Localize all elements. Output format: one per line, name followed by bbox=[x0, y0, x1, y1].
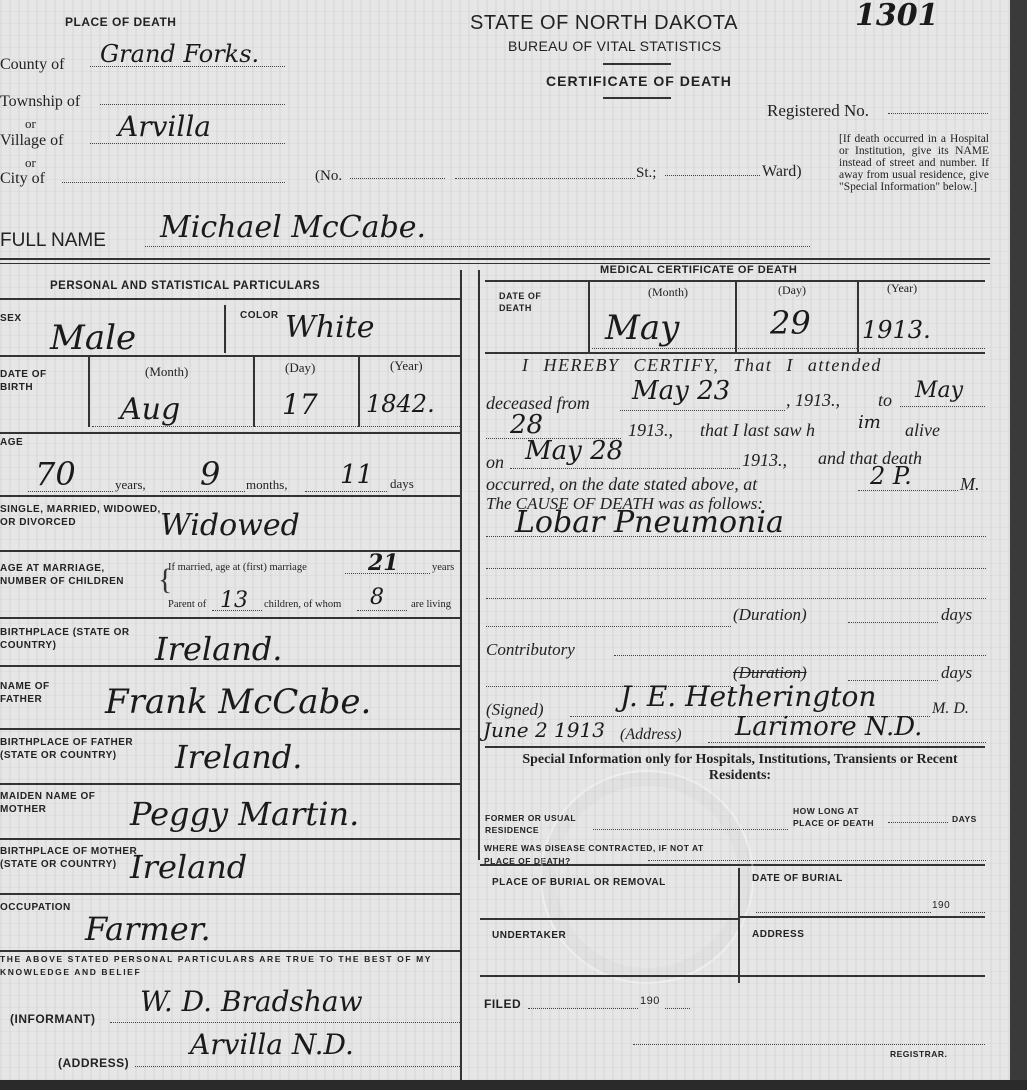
or-label: or bbox=[25, 155, 36, 171]
color-value: White bbox=[285, 310, 375, 345]
dod-day-value: 29 bbox=[770, 304, 811, 342]
informant-label: (Informant) bbox=[10, 1012, 95, 1026]
year-column-label: (Year) bbox=[887, 281, 917, 296]
years-label: years bbox=[432, 562, 454, 573]
marriage-label: AGE AT MARRIAGE, NUMBER OF CHILDREN bbox=[0, 562, 135, 588]
attended-to-month: May bbox=[915, 378, 963, 403]
last-seen-date: May 28 bbox=[525, 436, 623, 466]
occurred-label: occurred, on the date stated above, at bbox=[486, 474, 757, 495]
undertaker-label: UNDERTAKER bbox=[492, 930, 566, 941]
filed-label: FILED bbox=[484, 997, 521, 1011]
md-label: M. D. bbox=[932, 700, 969, 718]
registrar-label: REGISTRAR. bbox=[890, 1049, 947, 1059]
time-of-death: 2 P. bbox=[870, 462, 912, 490]
certify-line: I HEREBY CERTIFY, That I attended bbox=[522, 355, 882, 376]
father-label: NAME OF FATHER bbox=[0, 680, 80, 706]
street-no-label: (No. bbox=[315, 168, 342, 185]
medical-title: MEDICAL CERTIFICATE OF DEATH bbox=[600, 264, 797, 276]
burial-year-prefix: 190 bbox=[932, 900, 950, 911]
sex-value: Male bbox=[50, 318, 136, 358]
signed-label: (Signed) bbox=[486, 700, 544, 720]
age-years-value: 70 bbox=[35, 455, 76, 493]
marriage-age-value: 21 bbox=[368, 550, 399, 576]
certificate-title: CERTIFICATE OF DEATH bbox=[546, 73, 732, 89]
alive-label: alive bbox=[905, 420, 940, 441]
date-signed: June 2 1913 bbox=[483, 718, 605, 742]
month-column-label: (Month) bbox=[648, 285, 688, 300]
mother-birthplace-value: Ireland bbox=[130, 848, 247, 886]
county-label: County of bbox=[0, 56, 64, 74]
pronoun-value: im bbox=[858, 412, 881, 433]
dob-month-value: Aug bbox=[120, 392, 180, 427]
county-value: Grand Forks. bbox=[100, 40, 259, 68]
age-days-value: 11 bbox=[340, 460, 373, 490]
marriage-age-text: If married, age at (first) marriage bbox=[168, 562, 307, 573]
village-value: Arvilla bbox=[118, 110, 211, 143]
years-label: years, bbox=[115, 477, 146, 493]
dob-day-value: 17 bbox=[282, 388, 318, 421]
last-saw-label: that I last saw h bbox=[700, 420, 815, 441]
full-name-label: FULL NAME bbox=[0, 230, 106, 252]
year-on: 1913., bbox=[742, 450, 787, 471]
dob-year-value: 1842. bbox=[366, 390, 435, 418]
contributory-label: Contributory bbox=[486, 640, 575, 660]
physician-signature: J. E. Hetherington bbox=[620, 680, 876, 713]
burial-place-label: PLACE OF BURIAL OR REMOVAL bbox=[492, 877, 666, 888]
age-label: AGE bbox=[0, 437, 23, 448]
full-name-value: Michael McCabe. bbox=[160, 210, 426, 245]
cause-of-death-value: Lobar Pneumonia bbox=[515, 505, 784, 540]
on-label: on bbox=[486, 452, 504, 473]
dod-year-value: 1913. bbox=[862, 316, 931, 344]
days-unit-label: DAYS bbox=[952, 814, 977, 824]
birthplace-label: BIRTHPLACE (State or country) bbox=[0, 626, 150, 652]
color-label: COLOR bbox=[240, 310, 279, 321]
birthplace-value: Ireland. bbox=[155, 630, 282, 668]
physician-address-label: (Address) bbox=[620, 726, 682, 744]
age-months-value: 9 bbox=[200, 455, 220, 493]
street-label: St.; bbox=[636, 165, 656, 182]
bureau-title: BUREAU OF VITAL STATISTICS bbox=[508, 38, 721, 54]
year-from: , 1913., bbox=[786, 390, 840, 411]
hospital-note: [If death occurred in a Hospital or Inst… bbox=[839, 133, 989, 193]
months-label: months, bbox=[246, 477, 288, 493]
father-birthplace-value: Ireland. bbox=[175, 738, 302, 776]
scan-edge-bottom bbox=[0, 1080, 1027, 1090]
days-label: days bbox=[941, 663, 972, 683]
year-column-label: (Year) bbox=[390, 358, 423, 374]
mother-birthplace-label: BIRTHPLACE OF MOTHER (State or country) bbox=[0, 845, 150, 871]
village-label: Village of bbox=[0, 132, 63, 150]
place-of-death-label: PLACE OF DEATH bbox=[65, 15, 176, 29]
ward-label: Ward) bbox=[762, 163, 802, 181]
filed-year-prefix: 190 bbox=[640, 995, 660, 1007]
day-column-label: (Day) bbox=[778, 283, 806, 298]
to-label: to bbox=[878, 390, 892, 411]
days-label: days bbox=[390, 476, 414, 492]
township-label: Township of bbox=[0, 93, 80, 111]
mother-label: MAIDEN NAME OF MOTHER bbox=[0, 790, 100, 816]
dob-label: DATE OF BIRTH bbox=[0, 368, 80, 394]
children-count-value: 13 bbox=[220, 588, 248, 613]
attended-from-value: May 23 bbox=[632, 376, 730, 406]
children-of-whom-label: children, of whom bbox=[264, 599, 341, 610]
attestation-text: THE ABOVE STATED PERSONAL PARTICULARS AR… bbox=[0, 953, 460, 979]
or-label: or bbox=[25, 116, 36, 132]
undertaker-address-label: ADDRESS bbox=[752, 929, 804, 940]
year-to: 1913., bbox=[628, 420, 673, 441]
sex-label: SEX bbox=[0, 313, 22, 324]
are-living-label: are living bbox=[411, 599, 451, 610]
certificate-number: 1301 bbox=[855, 0, 939, 33]
state-title: STATE OF NORTH DAKOTA bbox=[470, 12, 738, 35]
mother-value: Peggy Martin. bbox=[130, 795, 359, 833]
special-info-title: Special Information only for Hospitals, … bbox=[495, 752, 985, 784]
occupation-value: Farmer. bbox=[85, 910, 211, 948]
day-column-label: (Day) bbox=[285, 360, 315, 376]
occupation-label: OCCUPATION bbox=[0, 902, 71, 913]
physician-address-value: Larimore N.D. bbox=[735, 712, 922, 742]
dod-label: DATE OF DEATH bbox=[499, 290, 569, 314]
month-column-label: (Month) bbox=[145, 364, 188, 380]
father-birthplace-label: BIRTHPLACE OF FATHER (State or country) bbox=[0, 736, 150, 762]
m-label: M. bbox=[960, 474, 980, 495]
marital-value: Widowed bbox=[160, 508, 300, 543]
informant-value: W. D. Bradshaw bbox=[140, 985, 363, 1018]
registered-no-label: Registered No. bbox=[767, 101, 869, 121]
how-long-label: HOW LONG AT PLACE OF DEATH bbox=[793, 805, 893, 829]
scan-edge-right bbox=[1010, 0, 1027, 1090]
burial-date-label: DATE OF BURIAL bbox=[752, 873, 843, 884]
dod-month-value: May bbox=[605, 308, 679, 348]
city-label: City of bbox=[0, 170, 45, 188]
informant-address-value: Arvilla N.D. bbox=[190, 1028, 354, 1061]
personal-title: PERSONAL AND STATISTICAL PARTICULARS bbox=[50, 280, 320, 292]
living-count-value: 8 bbox=[370, 585, 384, 610]
parent-of-label: Parent of bbox=[168, 599, 206, 610]
death-certificate: PLACE OF DEATH County of Grand Forks. To… bbox=[0, 0, 1010, 1080]
father-value: Frank McCabe. bbox=[105, 682, 371, 722]
marital-label: SINGLE, MARRIED, WIDOWED, OR DIVORCED bbox=[0, 503, 170, 529]
address-label: (Address) bbox=[58, 1056, 129, 1070]
duration-label: (Duration) bbox=[733, 605, 807, 625]
days-label: days bbox=[941, 605, 972, 625]
